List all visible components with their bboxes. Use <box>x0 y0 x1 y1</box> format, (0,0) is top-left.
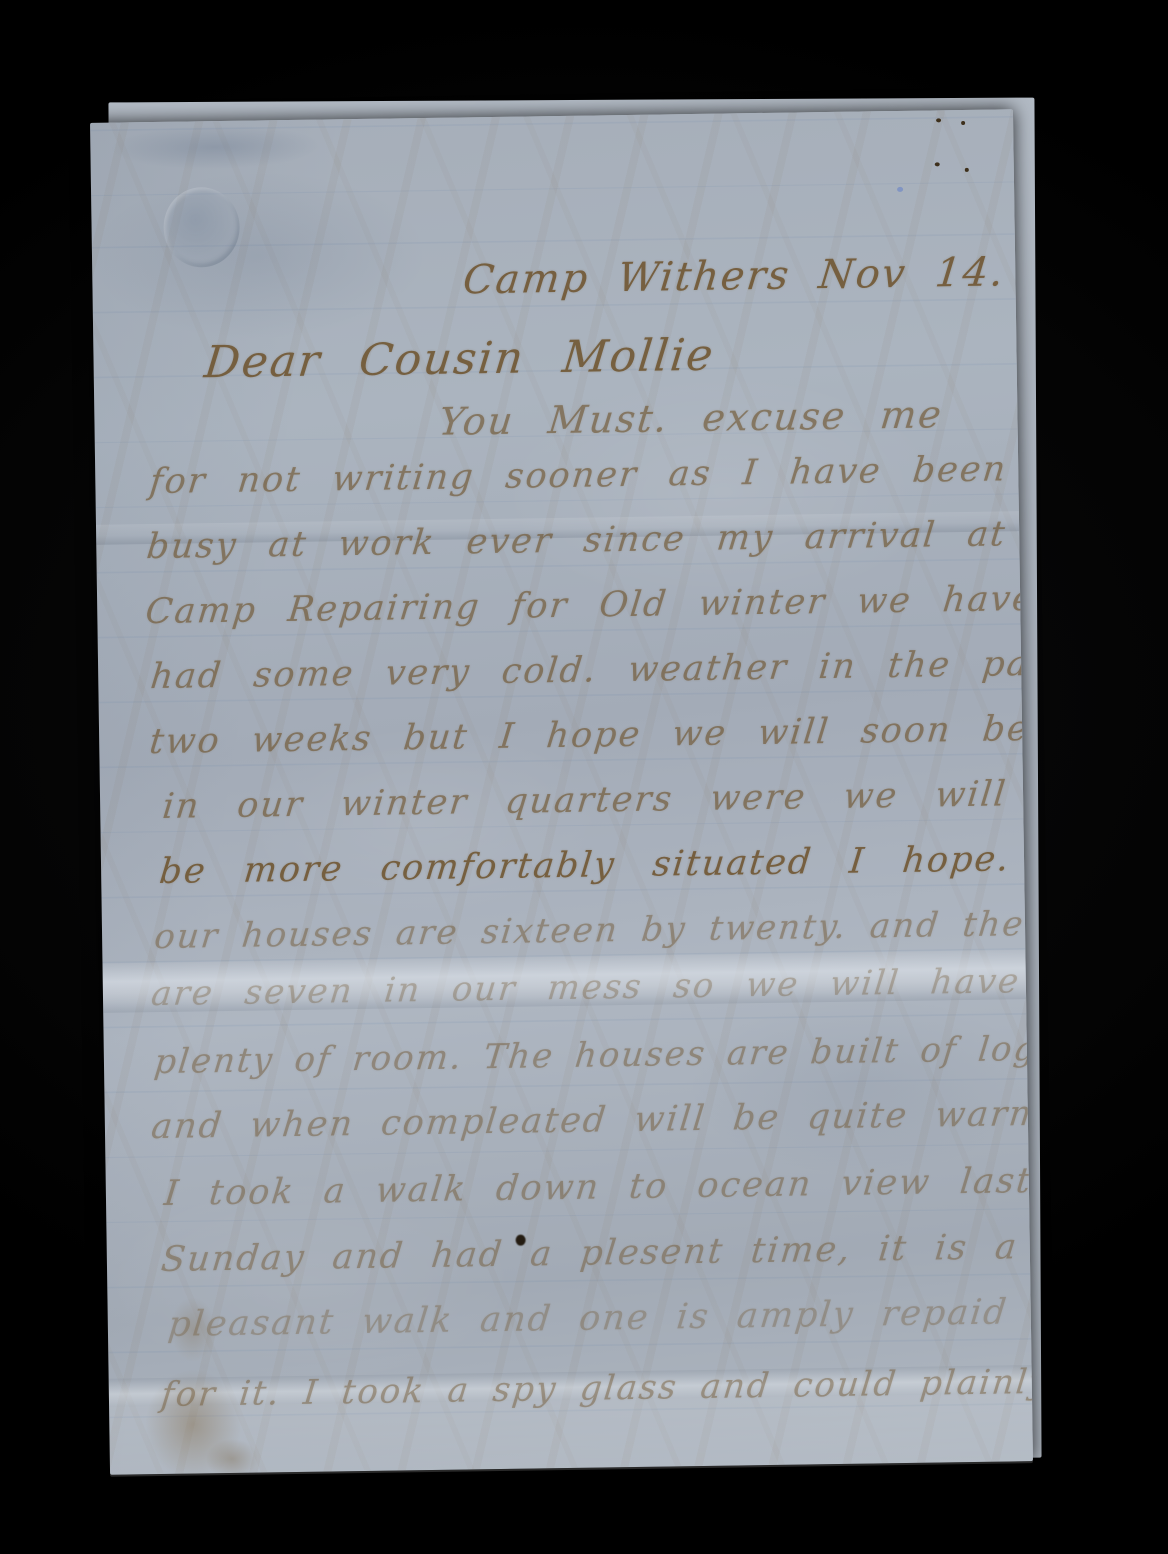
photo-background: Camp Withers Nov 14. 61 Dear Cousin Moll… <box>0 0 1168 1554</box>
letter-line: pleasant walk and one is amply repaid <box>166 1292 1010 1345</box>
letter-line: our houses are sixteen by twenty. and th… <box>152 904 1033 958</box>
letter-page: Camp Withers Nov 14. 61 Dear Cousin Moll… <box>90 109 1033 1475</box>
letter-line: had some very cold. weather in the past <box>149 643 1033 697</box>
letter-line: plenty of room. The houses are built of … <box>152 1029 1033 1082</box>
ink-dot <box>965 168 969 172</box>
letter-opening: You Must. excuse me <box>437 392 945 444</box>
letter-line: Camp Repairing for Old winter we have <box>144 579 1033 632</box>
letter-line: for not writing sooner as I have been <box>148 449 1010 502</box>
letter-line: I took a walk down to ocean view last <box>162 1161 1033 1214</box>
blue-speck <box>897 187 903 192</box>
ink-dot <box>936 118 941 122</box>
ink-dot <box>961 121 965 125</box>
letter-line: Sunday and had a plesent time, it is a <box>159 1227 1020 1280</box>
letter-line: be more comfortably situated I hope. <box>157 839 1012 892</box>
ink-dot <box>935 162 940 166</box>
letter-line: two weeks but I hope we will soon be <box>148 709 1032 762</box>
letter-salutation: Dear Cousin Mollie <box>202 330 717 389</box>
stain <box>206 1439 259 1475</box>
letter-dateline: Camp Withers Nov 14. 61 <box>461 248 1033 303</box>
embossed-seal <box>163 187 240 268</box>
letter-line: and when compleated will be quite warm <box>149 1094 1033 1147</box>
stain <box>110 124 321 171</box>
letter-line: in our winter quarters were we will <box>160 774 1009 827</box>
